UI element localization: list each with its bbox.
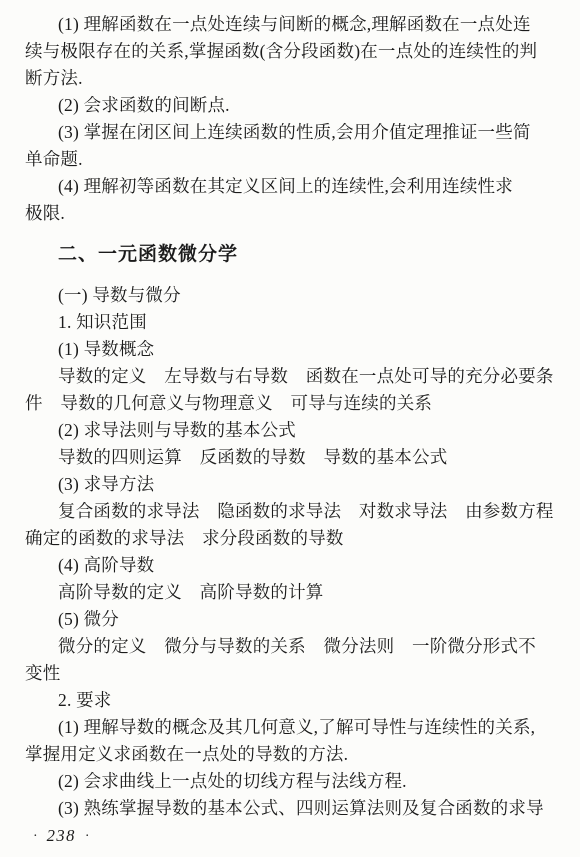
text-line: (3) 求导方法 bbox=[25, 471, 570, 498]
footer-right-dot: · bbox=[85, 829, 90, 844]
document-body: (1) 理解函数在一点处连续与间断的概念,理解函数在一点处连续与极限存在的关系,… bbox=[25, 11, 570, 822]
text-line: (1) 导数概念 bbox=[25, 336, 570, 363]
text-line: 掌握用定义求函数在一点处的导数的方法. bbox=[25, 741, 570, 768]
text-line: 导数的定义 左导数与右导数 函数在一点处可导的充分必要条 bbox=[25, 363, 570, 390]
page-number: 238 bbox=[47, 826, 76, 845]
text-line: (2) 会求曲线上一点处的切线方程与法线方程. bbox=[25, 768, 570, 795]
text-line: (2) 会求函数的间断点. bbox=[25, 92, 570, 119]
text-line: 导数的四则运算 反函数的导数 导数的基本公式 bbox=[25, 444, 570, 471]
text-line: 变性 bbox=[25, 660, 570, 687]
text-line: 断方法. bbox=[25, 65, 570, 92]
text-line: 极限. bbox=[25, 200, 570, 227]
text-line: 件 导数的几何意义与物理意义 可导与连续的关系 bbox=[25, 390, 570, 417]
document-page: (1) 理解函数在一点处连续与间断的概念,理解函数在一点处连续与极限存在的关系,… bbox=[0, 0, 580, 857]
footer-left-dot: · bbox=[33, 829, 38, 844]
text-line: (1) 理解函数在一点处连续与间断的概念,理解函数在一点处连 bbox=[25, 11, 570, 38]
page-footer: ·238· bbox=[25, 822, 570, 850]
text-line: 单命题. bbox=[25, 146, 570, 173]
page-content: (1) 理解函数在一点处连续与间断的概念,理解函数在一点处连续与极限存在的关系,… bbox=[25, 11, 570, 850]
text-line: 1. 知识范围 bbox=[25, 309, 570, 336]
text-line: (2) 求导法则与导数的基本公式 bbox=[25, 417, 570, 444]
text-line: 微分的定义 微分与导数的关系 微分法则 一阶微分形式不 bbox=[25, 633, 570, 660]
text-line: (4) 理解初等函数在其定义区间上的连续性,会利用连续性求 bbox=[25, 173, 570, 200]
text-line: (3) 掌握在闭区间上连续函数的性质,会用介值定理推证一些简 bbox=[25, 119, 570, 146]
text-line: (3) 熟练掌握导数的基本公式、四则运算法则及复合函数的求导 bbox=[25, 795, 570, 822]
text-line: (一) 导数与微分 bbox=[25, 282, 570, 309]
text-line: (1) 理解导数的概念及其几何意义,了解可导性与连续性的关系, bbox=[25, 714, 570, 741]
section-heading: 二、一元函数微分学 bbox=[25, 241, 570, 268]
text-line: 续与极限存在的关系,掌握函数(含分段函数)在一点处的连续性的判 bbox=[25, 38, 570, 65]
text-line: 高阶导数的定义 高阶导数的计算 bbox=[25, 579, 570, 606]
text-line: 2. 要求 bbox=[25, 687, 570, 714]
text-line: (5) 微分 bbox=[25, 606, 570, 633]
text-line: 确定的函数的求导法 求分段函数的导数 bbox=[25, 525, 570, 552]
text-line: (4) 高阶导数 bbox=[25, 552, 570, 579]
text-line: 复合函数的求导法 隐函数的求导法 对数求导法 由参数方程 bbox=[25, 498, 570, 525]
